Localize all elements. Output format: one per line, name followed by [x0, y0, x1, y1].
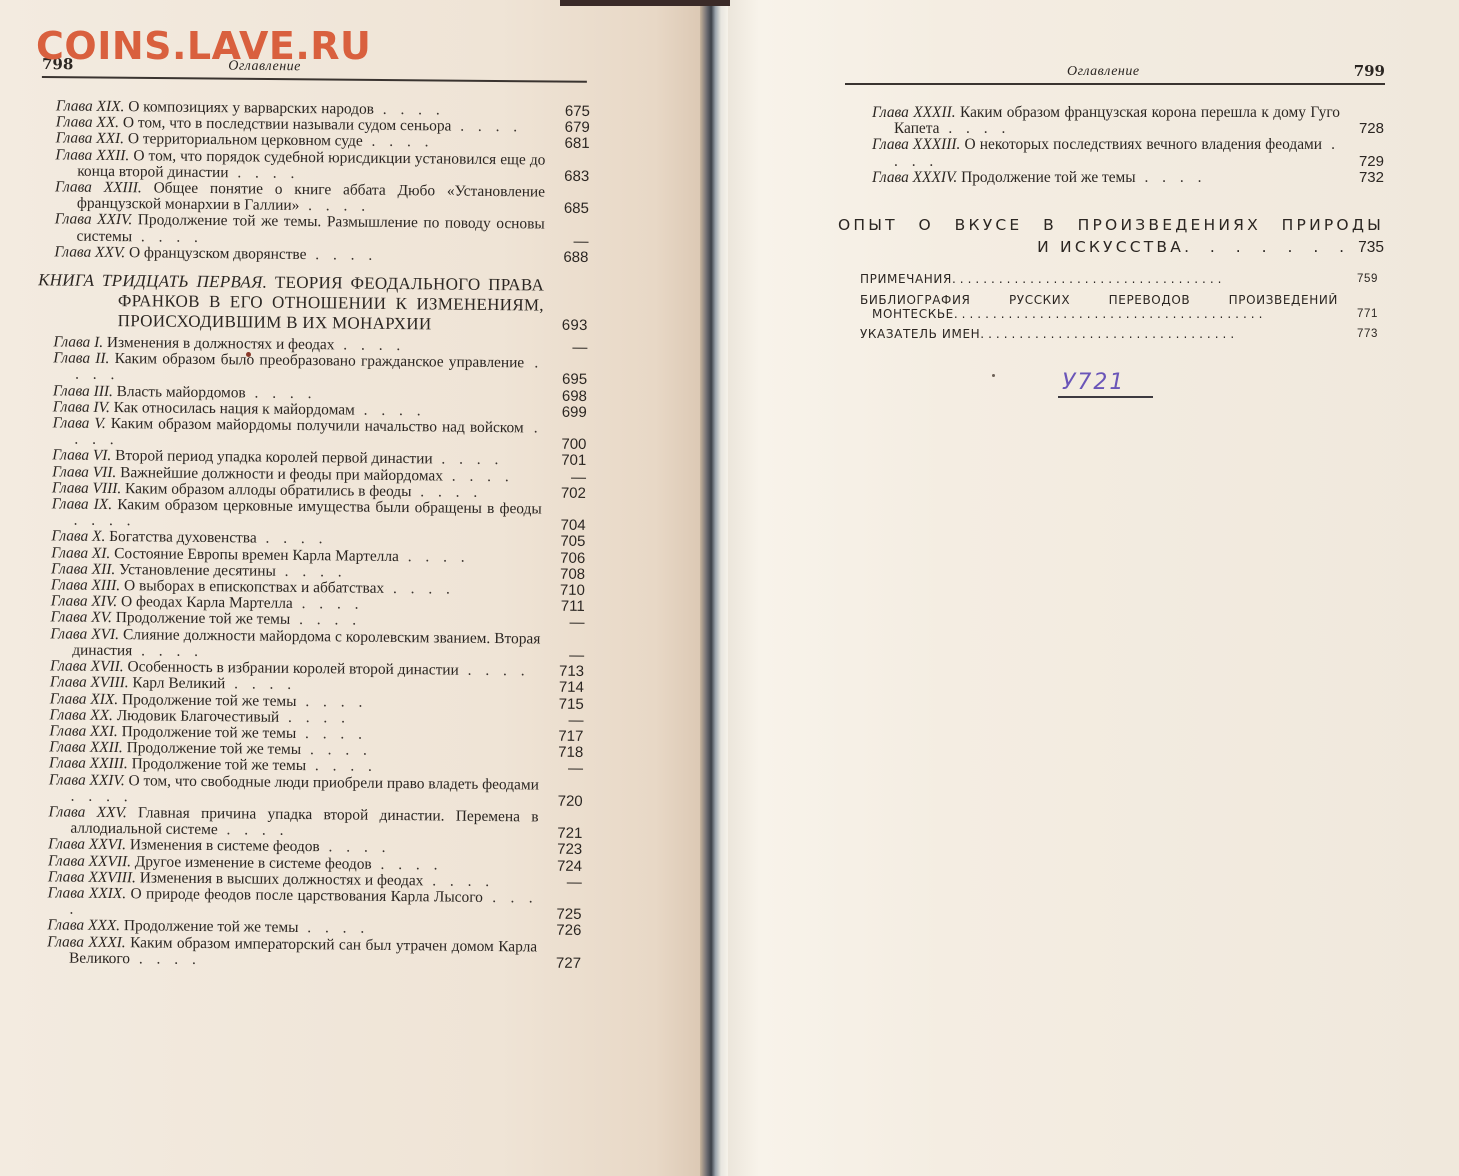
- chapter-label: Глава VIII.: [52, 479, 121, 497]
- chapter-page: 708: [541, 566, 585, 583]
- leader-dots: . . . .: [334, 336, 405, 354]
- chapter-label: Глава II.: [53, 350, 109, 368]
- chapter-label: Глава IX.: [52, 495, 113, 513]
- running-head-title-right: Оглавление: [1067, 64, 1354, 80]
- chapter-page: 729: [1340, 154, 1384, 170]
- leader-dots: . . . .: [74, 512, 136, 530]
- leader-dots: . . . .: [246, 384, 317, 402]
- chapter-label: Глава XXV.: [48, 803, 126, 821]
- leader-dots: ........................................: [954, 307, 1267, 321]
- appendix-page: 773: [1338, 327, 1378, 341]
- chapter-page: —: [538, 874, 582, 891]
- chapter-label: Глава XX.: [56, 114, 119, 132]
- leader-dots: . . . .: [293, 595, 364, 613]
- chapter-label: Глава XXIV.: [55, 211, 133, 229]
- chapter-label: Глава XXII.: [49, 738, 123, 756]
- appendix-page: 771: [1338, 307, 1378, 321]
- leader-dots: . . . .: [320, 839, 391, 857]
- chapter-label: Глава XI.: [51, 544, 110, 562]
- leader-dots: . . . .: [355, 401, 426, 419]
- toc-entry[interactable]: Глава XXXIV. Продолжение той же темы . .…: [872, 170, 1384, 186]
- chapter-page: 727: [537, 955, 581, 972]
- chapter-label: Глава XXI.: [49, 722, 118, 740]
- chapter-label: Глава XXIX.: [48, 884, 127, 902]
- chapter-page: 701: [542, 453, 586, 470]
- chapter-title: Продолжение той же темы: [961, 169, 1136, 186]
- chapter-label: Глава XIII.: [51, 576, 120, 594]
- chapter-page: 725: [537, 907, 581, 924]
- chapter-label: Глава XII.: [51, 560, 115, 578]
- running-head-right: Оглавление 799: [845, 62, 1385, 85]
- essay-title-line1: ОПЫТ О ВКУСЕ В ПРОИЗВЕДЕНИЯХ ПРИРОДЫ: [838, 214, 1384, 236]
- chapter-page: —: [540, 615, 584, 632]
- chapter-page: 717: [539, 728, 583, 745]
- chapter-page: —: [542, 469, 586, 486]
- chapter-label: Глава XX.: [49, 706, 112, 724]
- chapter-page: 720: [539, 793, 583, 810]
- chapter-page: 704: [541, 518, 585, 535]
- book-heading[interactable]: КНИГА ТРИДЦАТЬ ПЕРВАЯ. ТЕОРИЯ ФЕОДАЛЬНОГ…: [38, 270, 589, 336]
- chapter-label: Глава XXIV.: [49, 771, 125, 789]
- leader-dots: . . . .: [940, 120, 1011, 137]
- chapter-label: Глава XXVI.: [48, 836, 126, 854]
- chapter-page: 732: [1340, 170, 1384, 186]
- chapter-page: 715: [540, 696, 584, 713]
- chapter-label: Глава XXIII.: [55, 178, 142, 196]
- leader-dots: . . . .: [306, 757, 377, 775]
- chapter-label: Глава XXX.: [47, 917, 120, 935]
- chapter-page: —: [543, 340, 587, 357]
- chapter-label: Глава III.: [53, 382, 113, 400]
- chapter-page: 685: [545, 201, 589, 218]
- chapter-label: Глава XVIII.: [50, 674, 129, 692]
- handwritten-note: У721: [1062, 370, 1125, 395]
- leader-dots: . . . .: [299, 197, 370, 215]
- leader-dots: . . . .: [130, 950, 201, 968]
- chapter-page: —: [544, 233, 588, 250]
- chapter-page: 700: [542, 437, 586, 454]
- appendix-page: 759: [1338, 272, 1378, 286]
- chapter-label: Глава XXXIII.: [872, 136, 960, 153]
- leader-dots: . . . .: [384, 580, 455, 598]
- chapter-page: 728: [1340, 121, 1384, 137]
- leader-dots: . . . .: [228, 164, 299, 182]
- chapter-page: 705: [541, 534, 585, 551]
- chapter-page: 723: [538, 842, 582, 859]
- leader-dots: . . . .: [399, 548, 470, 566]
- toc-entry[interactable]: Глава XXXIII. О некоторых последствиях в…: [872, 137, 1384, 169]
- leader-dots: . . . .: [443, 467, 514, 485]
- chapter-label: Глава IV.: [53, 398, 110, 416]
- chapter-title: О некоторых последствиях вечного владени…: [965, 136, 1323, 153]
- chapter-label: Глава XIX.: [50, 690, 119, 708]
- leader-dots: . . . .: [459, 662, 530, 680]
- chapter-label: Глава XVI.: [50, 625, 119, 643]
- chapter-page: 714: [540, 680, 584, 697]
- chapter-page: 695: [543, 372, 587, 389]
- chapter-label: Глава XIX.: [56, 97, 125, 115]
- paper-speck: [992, 374, 995, 377]
- leader-dots: . . . .: [1136, 169, 1207, 186]
- chapter-page: 679: [546, 120, 590, 137]
- chapter-title: Каким образом церковные имущества были о…: [117, 496, 542, 517]
- chapter-label: Глава VII.: [52, 463, 116, 481]
- leader-dots: . . . .: [279, 708, 350, 726]
- toc-left: Глава XIX. О композициях у варварских на…: [47, 98, 590, 971]
- toc-entry-text: Глава XXXI. Каким образом императорский …: [47, 934, 537, 972]
- toc-right: Глава XXXII. Каким образом французская к…: [872, 105, 1384, 186]
- toc-entry[interactable]: Глава XXXII. Каким образом французская к…: [872, 105, 1384, 137]
- essay-page: 735: [1358, 237, 1384, 259]
- leader-dots: . . . .: [433, 451, 504, 469]
- chapter-title: Главная причина упадка второй династии. …: [70, 804, 538, 838]
- appendix-index[interactable]: УКАЗАТЕЛЬ ИМЕН..........................…: [860, 327, 1378, 341]
- essay-title-line2: И ИСКУССТВА: [1037, 236, 1184, 258]
- leader-dots: . . . .: [296, 725, 367, 743]
- leader-dots: ...................................: [952, 272, 1226, 286]
- chapter-label: Глава XXXI.: [47, 933, 126, 951]
- chapter-title: Каким образом майордомы получили начальс…: [111, 415, 524, 436]
- paper-speck: [246, 352, 251, 357]
- chapter-label: Глава XXXIV.: [872, 169, 957, 186]
- leader-dots: . . . .: [374, 101, 445, 119]
- chapter-label: Глава XV.: [51, 609, 113, 627]
- chapter-page: 699: [543, 404, 587, 421]
- chapter-label: Глава X.: [51, 528, 105, 546]
- chapter-page: 675: [546, 104, 590, 121]
- chapter-label: Глава XXII.: [55, 146, 129, 164]
- chapter-page: —: [539, 761, 583, 778]
- leader-dots: . . . .: [301, 741, 372, 759]
- toc-entry-text: Глава XXXII. Каким образом французская к…: [872, 105, 1340, 137]
- leader-dots: . . . .: [423, 872, 494, 890]
- leader-dots: . . . .: [306, 246, 377, 264]
- appendix-bibliography[interactable]: БИБЛИОГРАФИЯ РУССКИХ ПЕРЕВОДОВ ПРОИЗВЕДЕ…: [860, 293, 1378, 321]
- book-heading-page: 693: [544, 316, 588, 336]
- chapter-title: О том, что порядок судебной юрисдикции у…: [77, 147, 545, 181]
- chapter-page: 688: [544, 249, 588, 266]
- leader-dots: . . . .: [290, 611, 361, 629]
- book-spine: [700, 0, 728, 1176]
- leader-dots: . . . .: [132, 228, 203, 246]
- chapter-title: О том, что свободные люди приобрели прав…: [129, 772, 539, 793]
- chapter-label: Глава XXIII.: [49, 755, 128, 773]
- leader-dots: . . . .: [372, 855, 443, 873]
- chapter-page: 724: [538, 858, 582, 875]
- chapter-page: 711: [541, 599, 585, 616]
- leader-dots: . . . .: [296, 692, 367, 710]
- leader-dots: . . . .: [71, 787, 133, 805]
- leader-dots: . . . .: [451, 118, 522, 136]
- toc-entry-text: Глава XXXIV. Продолжение той же темы . .…: [872, 170, 1340, 186]
- leader-dots: . . . .: [363, 133, 434, 151]
- chapter-label: Глава I.: [53, 333, 103, 351]
- chapter-title: Карл Великий: [132, 675, 225, 693]
- chapter-title: О французском дворянстве: [129, 244, 307, 263]
- essay-heading[interactable]: ОПЫТ О ВКУСЕ В ПРОИЗВЕДЕНИЯХ ПРИРОДЫ И И…: [838, 214, 1384, 259]
- chapter-label: Глава VI.: [52, 447, 111, 465]
- chapter-page: 706: [541, 550, 585, 567]
- leader-dots: . . . .: [276, 563, 347, 581]
- chapter-page: —: [540, 647, 584, 664]
- book-heading-label: КНИГА ТРИДЦАТЬ ПЕРВАЯ.: [38, 270, 267, 291]
- chapter-label: Глава XXVII.: [48, 852, 131, 870]
- appendix-notes[interactable]: ПРИМЕЧАНИЯ..............................…: [860, 272, 1378, 286]
- chapter-label: Глава XXI.: [56, 130, 125, 148]
- leader-dots: . . . .: [132, 642, 203, 660]
- leader-dots: . . . . . . .: [1184, 236, 1352, 258]
- toc-entry-text: Глава XXXIII. О некоторых последствиях в…: [872, 137, 1340, 169]
- chapter-label: Глава XXXII.: [872, 104, 956, 121]
- leader-dots: . . . .: [225, 676, 296, 694]
- chapter-page: —: [539, 712, 583, 729]
- leader-dots: .................................: [980, 327, 1238, 341]
- chapter-page: 683: [545, 168, 589, 185]
- chapter-title: Каким образом было преобразовано граждан…: [115, 350, 525, 371]
- chapter-label: Глава XVII.: [50, 657, 124, 675]
- binding-edge: [560, 0, 730, 6]
- handwritten-underline: [1058, 396, 1153, 398]
- appendix-title: УКАЗАТЕЛЬ ИМЕН: [860, 327, 980, 341]
- chapter-page: 726: [537, 923, 581, 940]
- leader-dots: . . . .: [298, 919, 369, 937]
- appendix-title: ПРИМЕЧАНИЯ: [860, 272, 952, 286]
- chapter-page: 702: [542, 485, 586, 502]
- chapter-title: О природе феодов после царствования Карл…: [130, 885, 483, 906]
- chapter-page: 721: [538, 826, 582, 843]
- chapter-label: Глава XXVIII.: [48, 868, 136, 886]
- chapter-page: 698: [543, 388, 587, 405]
- chapter-label: Глава XXV.: [54, 243, 125, 261]
- chapter-label: Глава XIV.: [51, 593, 118, 611]
- leader-dots: . . . .: [218, 821, 289, 839]
- leader-dots: . . . .: [257, 530, 328, 548]
- toc-entry[interactable]: Глава XXXI. Каким образом императорский …: [47, 934, 581, 972]
- chapter-label: Глава V.: [53, 414, 106, 432]
- chapter-page: 718: [539, 745, 583, 762]
- chapter-page: 713: [540, 664, 584, 681]
- page-number-right: 799: [1354, 62, 1385, 80]
- leader-dots: . . . .: [411, 483, 482, 501]
- chapter-page: 710: [541, 583, 585, 600]
- chapter-page: 681: [545, 136, 589, 153]
- watermark: COINS.LAVE.RU: [36, 24, 371, 68]
